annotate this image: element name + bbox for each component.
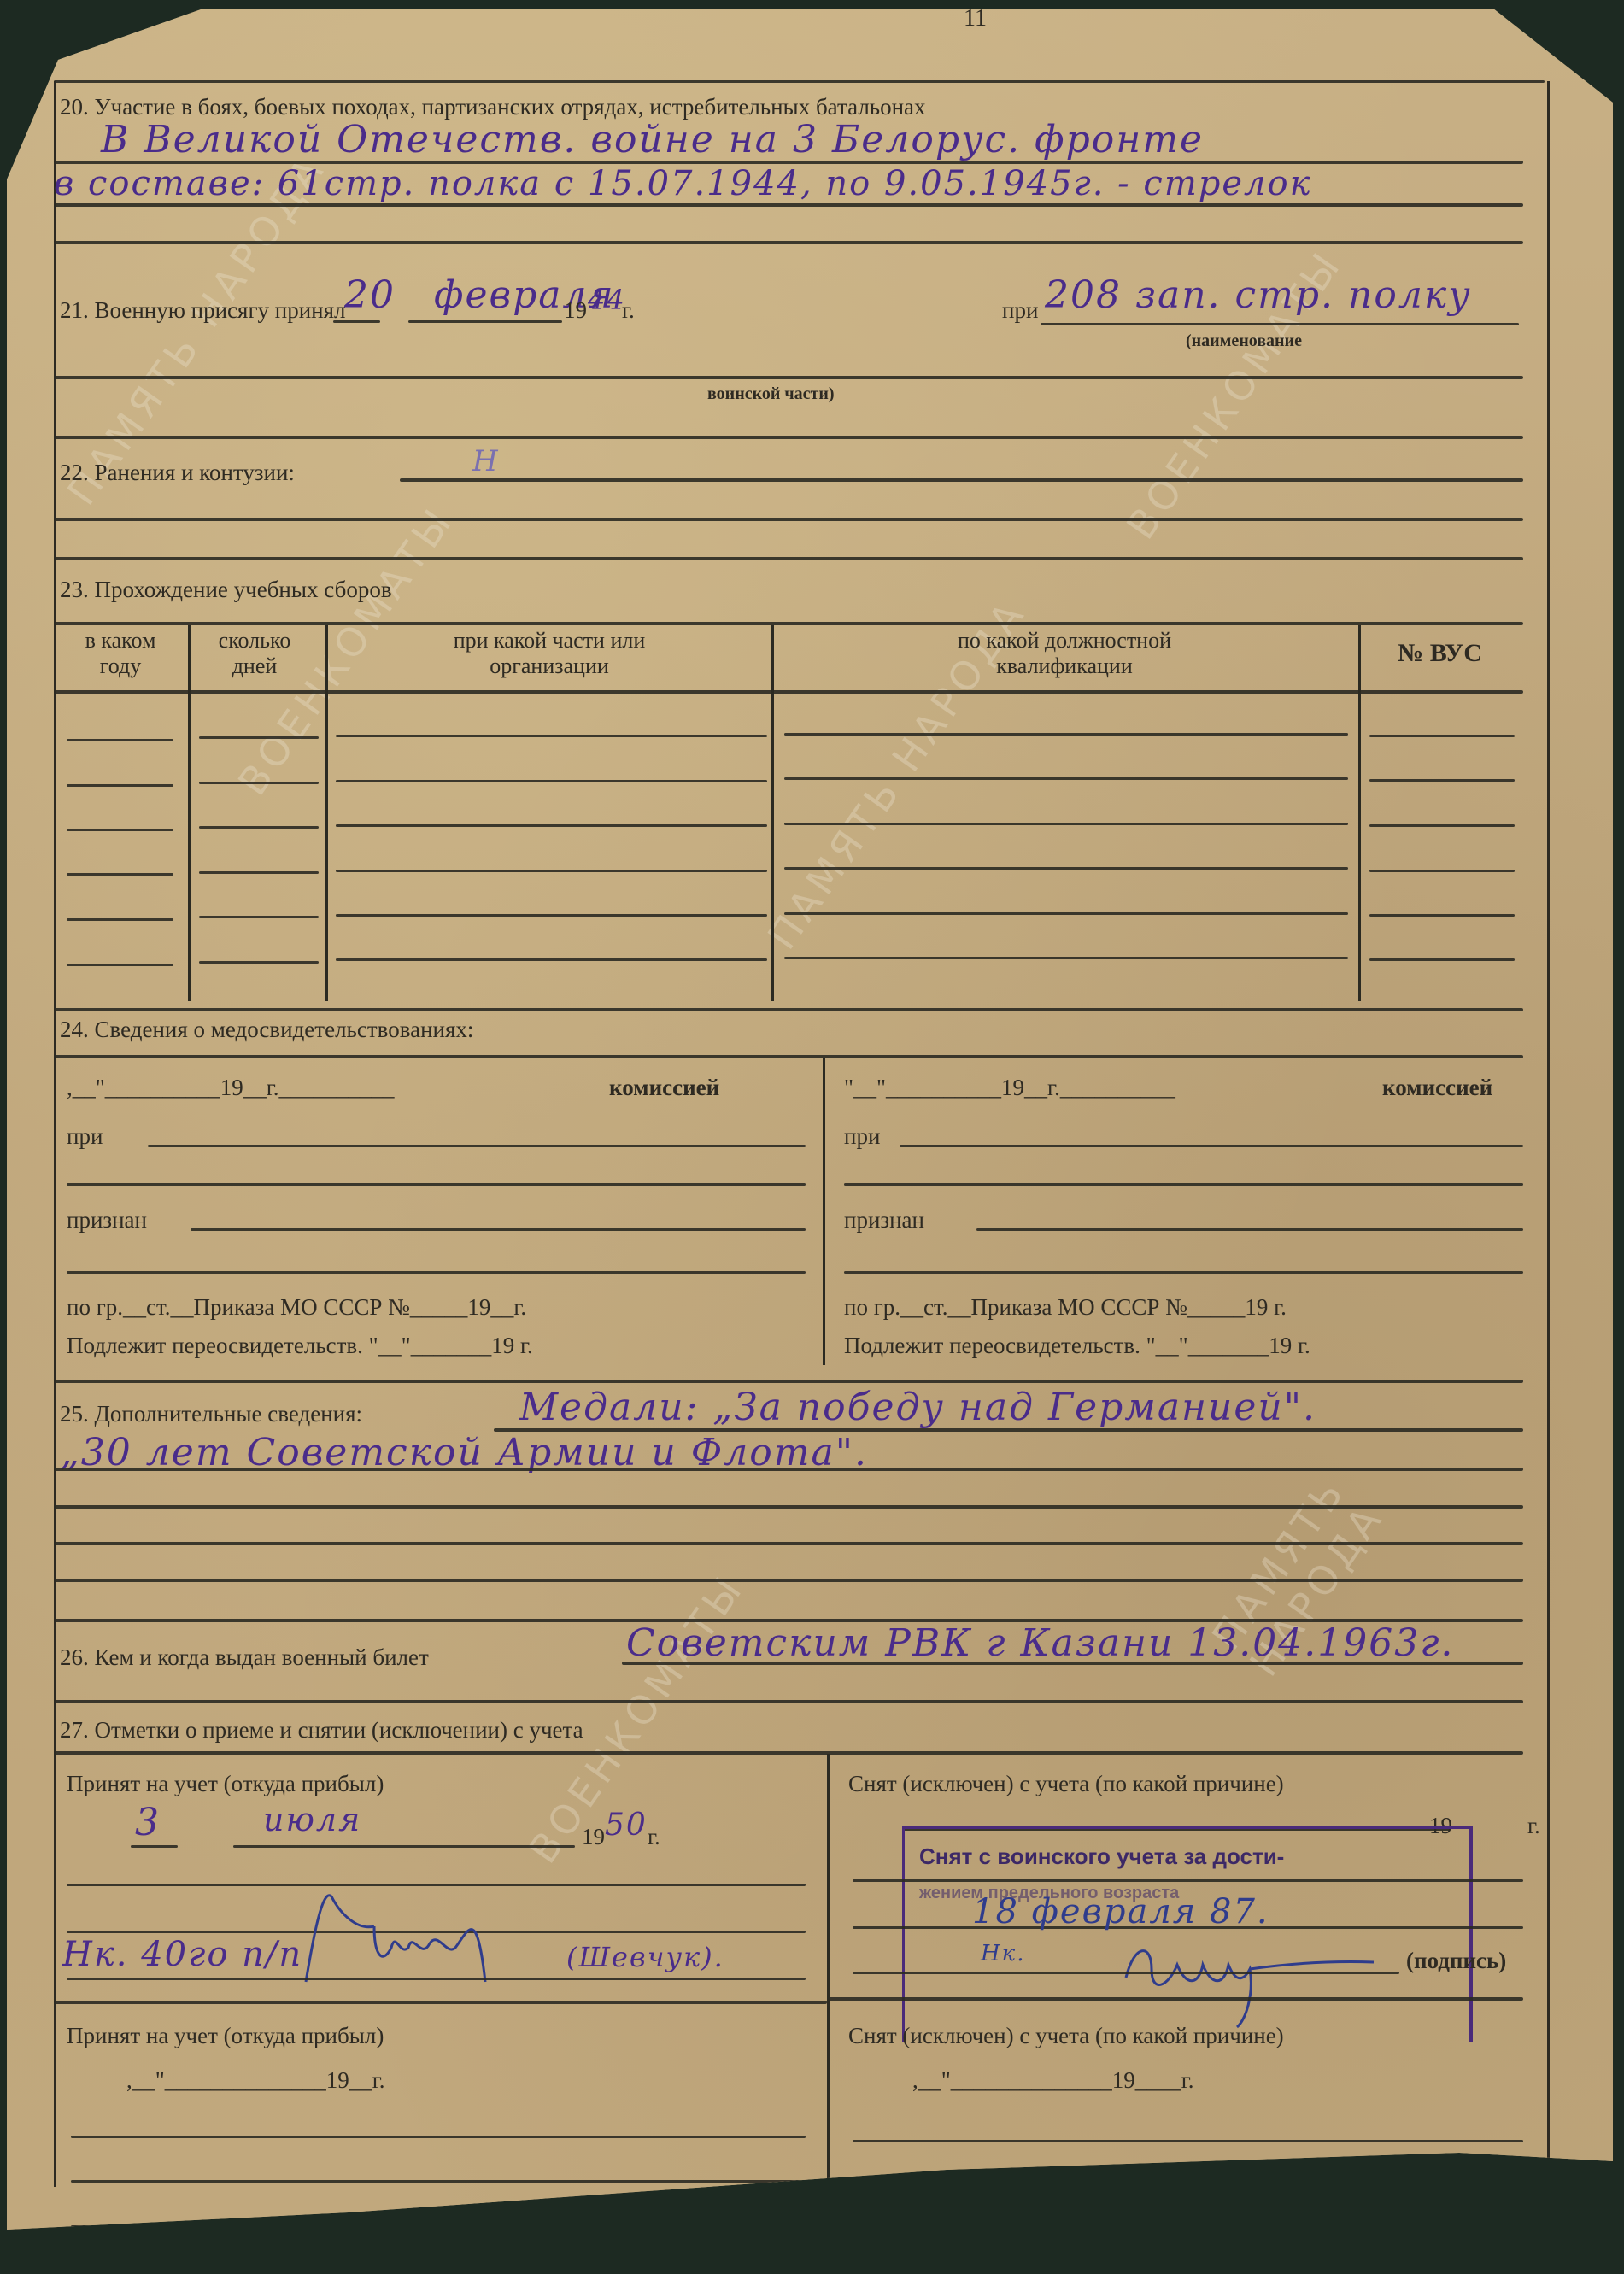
rule [54, 557, 1523, 560]
deregistered-podpis-2: (подпись) [1391, 2202, 1491, 2229]
col-header-days: сколькодней [186, 628, 323, 679]
oath-pri: при [1002, 297, 1038, 324]
deregistered-title-1: Снят (исключен) с учета (по какой причин… [848, 1771, 1284, 1797]
med-left-priznan: признан [67, 1207, 147, 1234]
oath-day: 20 [344, 273, 396, 317]
section-27-label: 27. Отметки о приеме и снятии (исключени… [60, 1717, 583, 1744]
oath-year-g: г. [622, 297, 635, 324]
section-23-label: 23. Прохождение учебных сборов [60, 577, 392, 603]
col-header-unit: при какой части илиорганизации [327, 628, 771, 679]
med-left-order: по гр.__ст.__Приказа МО СССР №_____19__г… [67, 1294, 526, 1321]
registered-title-1: Принят на учет (откуда прибыл) [67, 1771, 384, 1797]
col-divider [823, 1058, 825, 1365]
section-20-handwritten-line2: в составе: 61стр. полка с 15.07.1944, по… [54, 164, 1311, 203]
med-left-pri: при [67, 1123, 103, 1150]
rule [54, 1055, 1523, 1058]
section-25-handwritten-line1: Медали: „За победу над Германией". [519, 1386, 1316, 1429]
rule [54, 1468, 1523, 1471]
registered-g: г. [648, 1824, 660, 1850]
col-header-year: в какомгоду [56, 628, 185, 679]
rule [54, 1505, 1523, 1509]
med-right-date: "__"__________19__г.__________ [844, 1075, 1175, 1101]
rule [54, 622, 1523, 625]
section-25-label: 25. Дополнительные сведения: [60, 1401, 362, 1427]
registered-year: 50 [605, 1808, 648, 1843]
rule [54, 241, 1523, 244]
page-number: 11 [964, 5, 987, 32]
col-divider [1358, 625, 1361, 1001]
registered-title-2: Принят на учет (откуда прибыл) [67, 2023, 384, 2049]
oath-unit: 208 зап. стр. полку [1045, 273, 1472, 317]
col-header-vus: № ВУС [1361, 641, 1519, 666]
registered-day: 3 [135, 1801, 161, 1844]
deregistered-podpis-1: (подпись) [1406, 1948, 1506, 1974]
registered-podpis-2: (подпись) [583, 2202, 683, 2229]
rule [54, 203, 1523, 207]
med-right-reexam: Подлежит переосвидетельств. "__"_______1… [844, 1333, 1310, 1359]
rule [333, 320, 380, 323]
med-left-date: ,__"__________19__г.__________ [67, 1075, 395, 1101]
rule [54, 1700, 1523, 1703]
section-21-label: 21. Военную присягу принял [60, 297, 346, 324]
section-20-handwritten-line1: В Великой Отечеств. войне на 3 Белорус. … [101, 118, 1204, 161]
military-id-issuer: Советским РВК г Казани 13.04.1963г. [626, 1621, 1454, 1665]
stamp-line1: Снят с воинского учета за дости- [919, 1843, 1284, 1870]
document-page: ПАМЯТЬ НАРОДА ВОЕНКОМАТЫ ПАМЯТЬ НАРОДА В… [7, 9, 1613, 2238]
rule [622, 1662, 1523, 1665]
section-26-label: 26. Кем и когда выдан военный билет [60, 1644, 429, 1671]
oath-year-prefix: 19 [564, 297, 587, 324]
rule [408, 320, 562, 323]
rule [54, 1008, 1523, 1011]
col-divider [325, 625, 328, 1001]
rule [54, 436, 1523, 439]
rule [400, 478, 1523, 482]
deregistered-hand-prefix: Нк. [981, 1941, 1025, 1966]
med-right-komissiey: комиссией [1382, 1075, 1492, 1101]
deregistered-title-2: Снят (исключен) с учета (по какой причин… [848, 2023, 1284, 2049]
rule [54, 518, 1523, 521]
bottom-rule [54, 2240, 1523, 2243]
rule [54, 1579, 1523, 1582]
oath-year: 44 [588, 284, 626, 316]
section-20-label: 20. Участие в боях, боевых походах, парт… [60, 94, 926, 120]
med-left-komissiey: комиссией [609, 1075, 719, 1101]
med-left-reexam: Подлежит переосвидетельств. "__"_______1… [67, 1333, 533, 1359]
registered-sign-prefix: Нк. 40го п/п [62, 1935, 302, 1974]
col-header-qualification: по какой должностнойквалификации [774, 628, 1355, 679]
section-22-label: 22. Ранения и контузии: [60, 460, 295, 486]
caption-voinskoy-chasti: воинской части) [707, 384, 835, 404]
registered-signature-name: (Шевчук). [566, 1941, 724, 1973]
rule [1041, 323, 1519, 325]
rule [54, 1751, 1523, 1755]
deregistered-date-2: ,__"______________19____г. [912, 2067, 1194, 2094]
wounds-value: Н [472, 444, 500, 478]
signature-icon [280, 1879, 562, 1999]
caption-naimenovanie: (наименование [1186, 331, 1302, 351]
section-24-label: 24. Сведения о медосвидетельствованиях: [60, 1017, 473, 1043]
registered-year-prefix: 19 [582, 1824, 605, 1850]
signature-icon [1117, 1926, 1391, 2029]
med-right-priznan: признан [844, 1207, 924, 1234]
rule [54, 376, 1523, 379]
divider [54, 80, 1545, 83]
registered-date-2: ,__"______________19__г. [126, 2067, 385, 2094]
deregistered-g: г. [1527, 1813, 1540, 1839]
col-divider [771, 625, 774, 1001]
med-right-order: по гр.__ст.__Приказа МО СССР №_____19 г. [844, 1294, 1287, 1321]
registered-month: июля [263, 1801, 361, 1838]
col-divider [188, 625, 191, 1001]
med-right-pri: при [844, 1123, 880, 1150]
rule [54, 1542, 1523, 1545]
rule [54, 690, 1523, 694]
rule [54, 1380, 1523, 1383]
col-divider [827, 1754, 830, 2198]
